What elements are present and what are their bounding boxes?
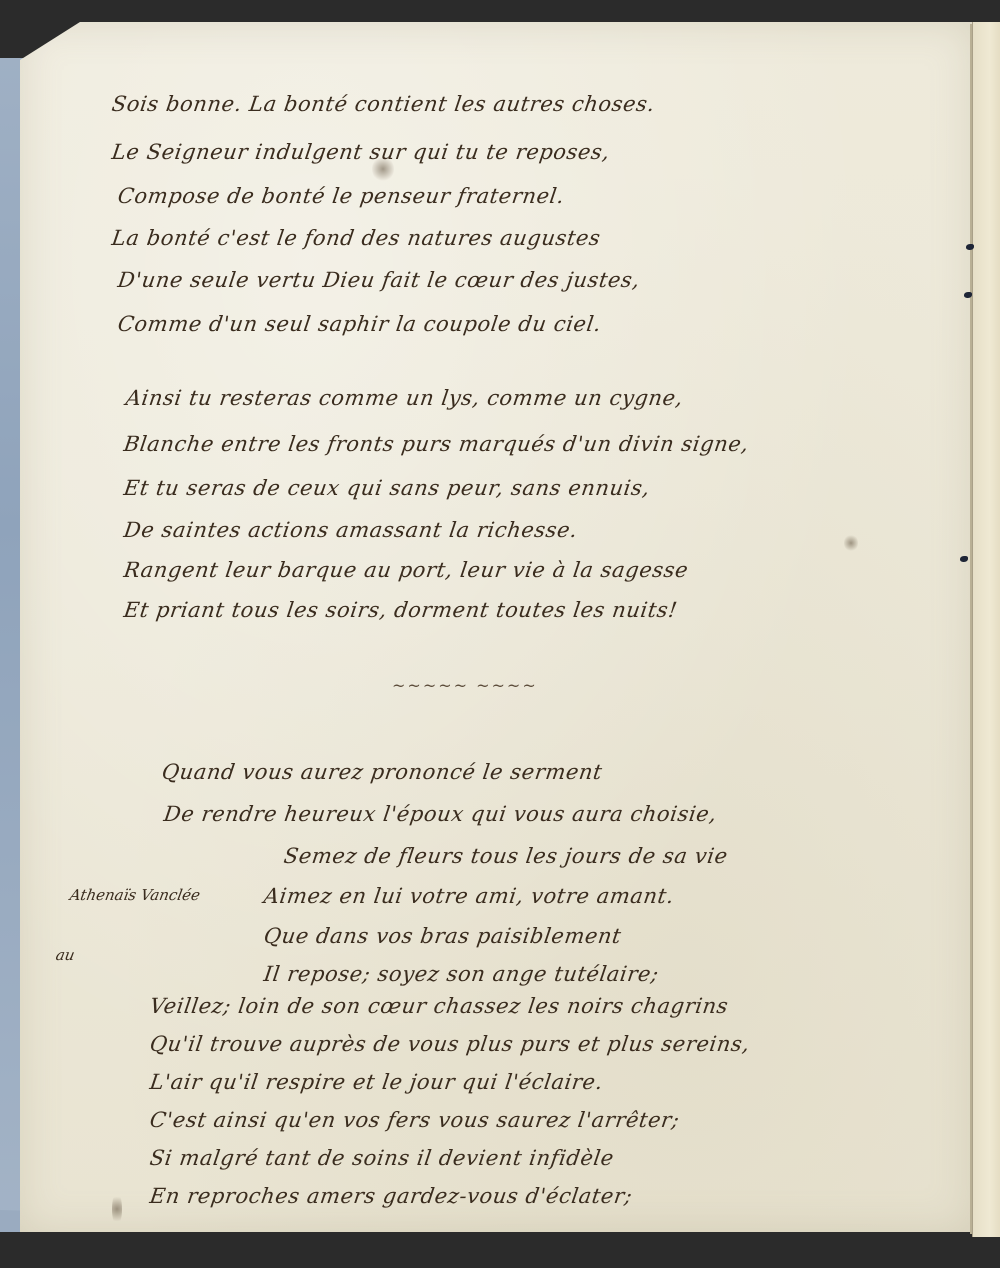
adjacent-page-edge [972,22,1000,1237]
verse-line: Aimez en lui votre ami, votre amant. [262,884,675,908]
verse-line: Semez de fleurs tous les jours de sa vie [282,844,729,868]
binding-stitch [964,292,972,298]
margin-note-author: Athenaïs Vanclée [68,886,201,904]
verse-line: De saintes actions amassant la richesse. [122,518,579,542]
manuscript-page: Sois bonne. La bonté contient les autres… [20,22,972,1232]
page-fold-line [970,24,972,1234]
margin-note: au [54,946,76,964]
verse-line: D'une seule vertu Dieu fait le cœur des … [116,268,641,292]
verse-line: De rendre heureux l'époux qui vous aura … [162,802,718,826]
binding-stitch [960,556,968,562]
verse-line: Quand vous aurez prononcé le serment [160,760,604,784]
verse-line: La bonté c'est le fond des natures augus… [110,226,602,250]
poem-text: Sois bonne. La bonté contient les autres… [20,22,972,1232]
verse-line: Qu'il trouve auprès de vous plus purs et… [148,1032,751,1056]
binding-stitch [966,244,974,250]
verse-line: C'est ainsi qu'en vos fers vous saurez l… [148,1108,681,1132]
verse-line: Et priant tous les soirs, dorment toutes… [122,598,679,622]
stanza-separator: ~~~~~ ~~~~ [392,676,538,695]
verse-line: Sois bonne. La bonté contient les autres… [110,92,656,116]
verse-line: Il repose; soyez son ange tutélaire; [262,962,660,986]
verse-line: Le Seigneur indulgent sur qui tu te repo… [110,140,611,164]
verse-line: Ainsi tu resteras comme un lys, comme un… [124,386,684,410]
verse-line: Si malgré tant de soins il devient infid… [148,1146,615,1170]
verse-line: Veillez; loin de son cœur chassez les no… [148,994,730,1018]
verse-line: En reproches amers gardez-vous d'éclater… [148,1184,634,1208]
verse-line: Comme d'un seul saphir la coupole du cie… [116,312,603,336]
verse-line: Compose de bonté le penseur fraternel. [116,184,566,208]
verse-line: Et tu seras de ceux qui sans peur, sans … [122,476,651,500]
verse-line: Que dans vos bras paisiblement [262,924,623,948]
verse-line: Blanche entre les fronts purs marqués d'… [122,432,750,456]
verse-line: Rangent leur barque au port, leur vie à … [122,558,690,582]
verse-line: L'air qu'il respire et le jour qui l'écl… [148,1070,604,1094]
